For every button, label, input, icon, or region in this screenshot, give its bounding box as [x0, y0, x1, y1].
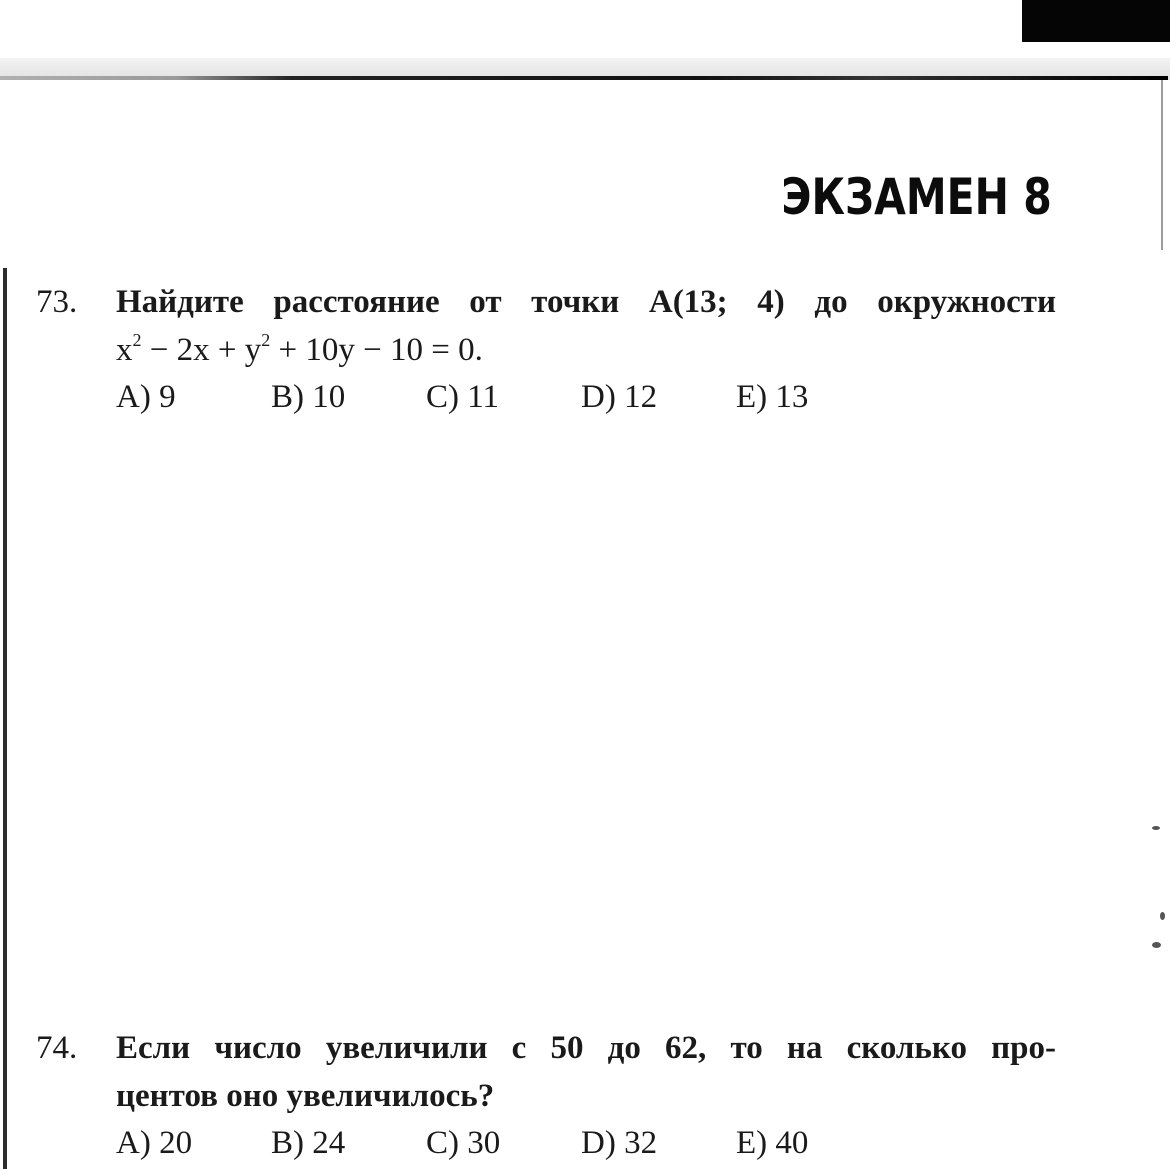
problem-text-continued: центов оно увеличилось?	[116, 1072, 1056, 1120]
answer-option-a: A) 20	[116, 1120, 271, 1166]
answer-label: D)	[581, 379, 616, 415]
equation-exponent: 2	[261, 330, 270, 350]
section-title: ЭКЗАМЕН 8	[782, 168, 1052, 226]
header-rule	[0, 76, 1168, 80]
answer-label: A)	[116, 1125, 151, 1161]
answer-value: 24	[312, 1125, 345, 1161]
answer-option-c: C) 11	[426, 374, 581, 420]
problem-text: Если число увеличили с 50 до 62, то на с…	[116, 1024, 1056, 1072]
answer-option-d: D) 12	[581, 374, 736, 420]
answer-option-e: E) 40	[736, 1120, 891, 1166]
problem-equation: x2 − 2x + y2 + 10y − 10 = 0.	[116, 326, 1056, 374]
answer-option-b: B) 10	[271, 374, 426, 420]
problem-text: Найдите расстояние от точки A(13; 4) до …	[116, 278, 1056, 326]
answer-options: A) 20 B) 24 C) 30 D) 32 E) 40	[116, 1120, 1056, 1166]
problem-number: 74.	[36, 1024, 77, 1072]
problem-74: 74. Если число увеличили с 50 до 62, то …	[36, 1024, 1056, 1166]
answer-option-e: E) 13	[736, 374, 891, 420]
answer-value: 30	[467, 1125, 500, 1161]
answer-value: 12	[624, 379, 657, 415]
answer-label: E)	[736, 1125, 767, 1161]
answer-value: 20	[159, 1125, 192, 1161]
problem-number: 73.	[36, 278, 77, 326]
equation-exponent: 2	[133, 330, 142, 350]
answer-option-c: C) 30	[426, 1120, 581, 1166]
answer-label: E)	[736, 379, 767, 415]
equation-part: + 10y − 10 = 0.	[270, 332, 483, 368]
answer-value: 11	[467, 379, 499, 415]
answer-value: 40	[775, 1125, 808, 1161]
equation-part: − 2x + y	[142, 332, 262, 368]
equation-part: x	[116, 332, 133, 368]
answer-options: A) 9 B) 10 C) 11 D) 12 E) 13	[116, 374, 1056, 420]
answer-option-a: A) 9	[116, 374, 271, 420]
scan-speck	[1152, 826, 1160, 830]
left-margin-line	[3, 268, 7, 1169]
answer-label: D)	[581, 1125, 616, 1161]
answer-label: A)	[116, 379, 151, 415]
answer-value: 9	[159, 379, 176, 415]
answer-label: C)	[426, 1125, 459, 1161]
answer-option-b: B) 24	[271, 1120, 426, 1166]
answer-label: C)	[426, 379, 459, 415]
problem-73: 73. Найдите расстояние от точки A(13; 4)…	[36, 278, 1056, 420]
right-margin-line	[1161, 80, 1163, 250]
scan-black-block	[1022, 0, 1170, 42]
answer-label: B)	[271, 1125, 304, 1161]
scan-speck	[1152, 942, 1161, 948]
answer-option-d: D) 32	[581, 1120, 736, 1166]
scan-speck	[1160, 912, 1165, 920]
answer-value: 32	[624, 1125, 657, 1161]
answer-value: 10	[312, 379, 345, 415]
answer-label: B)	[271, 379, 304, 415]
answer-value: 13	[775, 379, 808, 415]
